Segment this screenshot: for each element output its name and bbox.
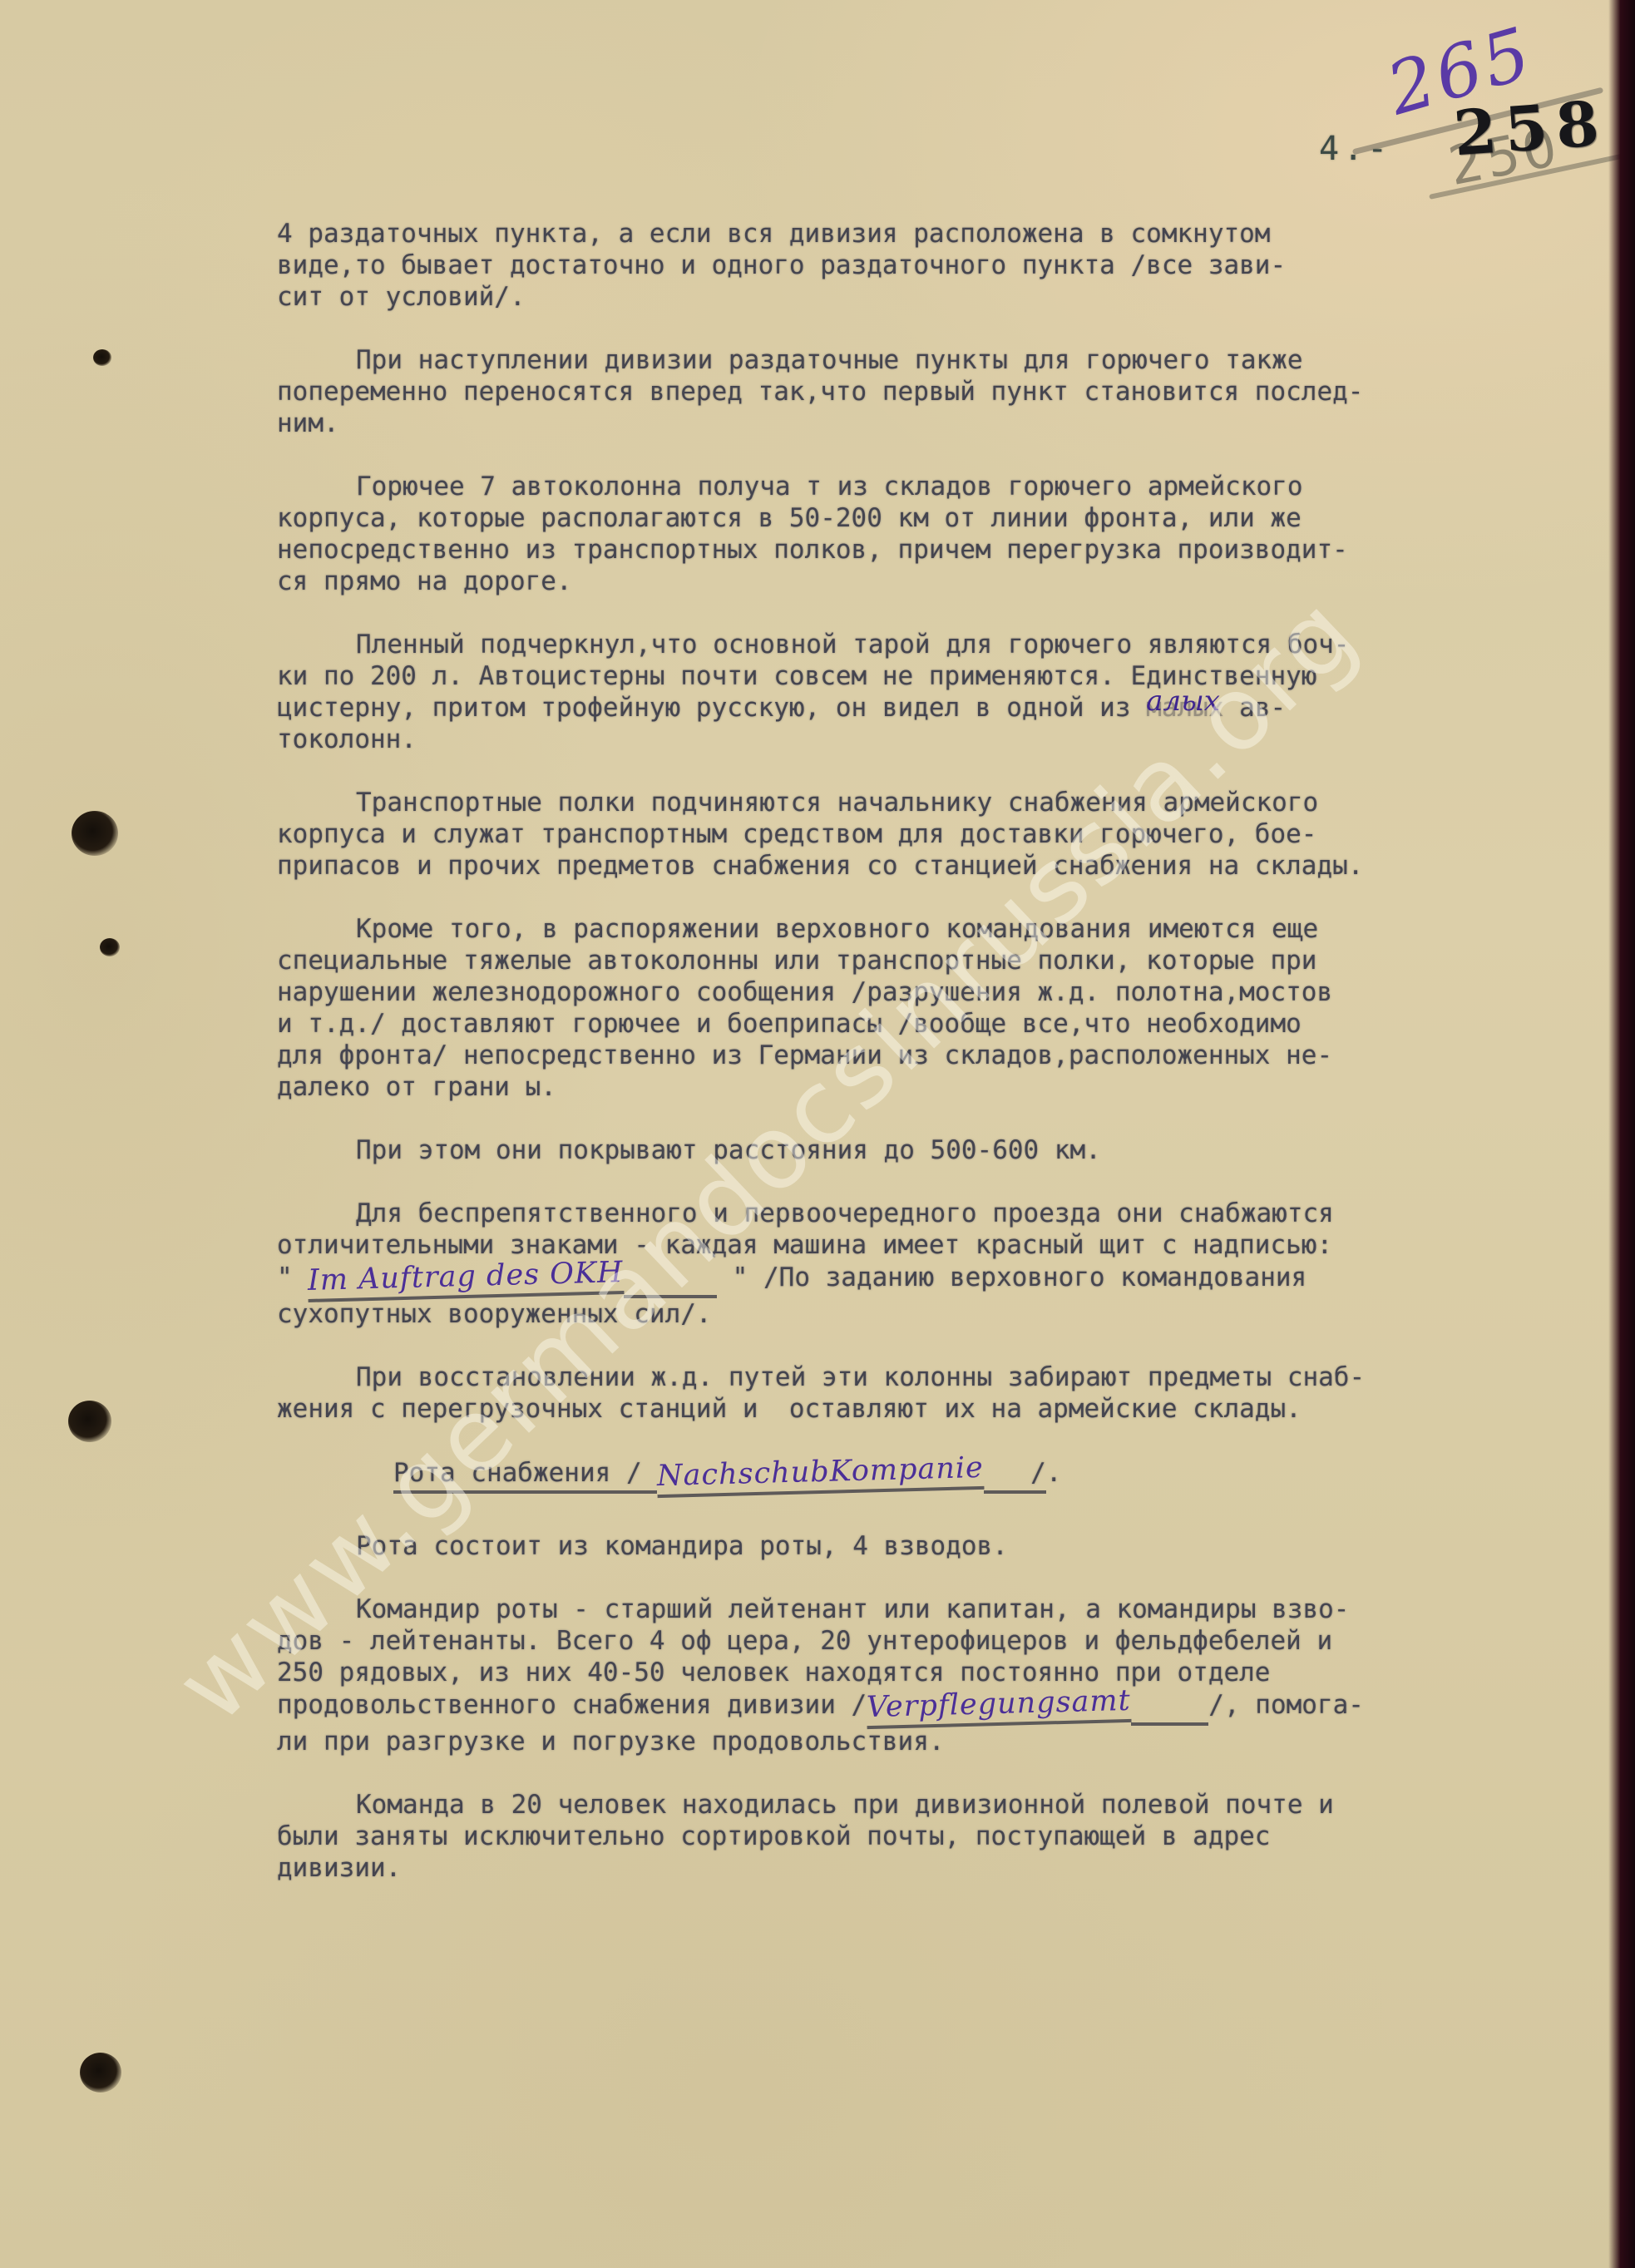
text-line: и т.д./ доставляют горючее и боеприпасы … (277, 1008, 1616, 1040)
typed-text: ся прямо на дороге. (277, 566, 572, 596)
paragraph-6: Кроме того, в распоряжении верховного ко… (277, 913, 1616, 1103)
text-line: далеко от грани ы. (277, 1071, 1616, 1103)
typed-text: попеременно переносятся вперед так,что п… (277, 377, 1363, 407)
text-line: При восстановлении ж.д. путей эти колонн… (277, 1361, 1616, 1393)
punch-hole (72, 811, 118, 856)
stamped-page-number: 258 (1451, 88, 1609, 170)
paragraph-1: 4 раздаточных пункта, а если вся дивизия… (277, 218, 1616, 313)
document-text: 4 раздаточных пункта, а если вся дивизия… (277, 218, 1616, 1915)
typed-text: специальные тяжелые автоколонны или тран… (277, 946, 1316, 976)
typed-text: Кроме того, в распоряжении верховного ко… (356, 914, 1318, 944)
text-line: виде,то бывает достаточно и одного разда… (277, 250, 1616, 281)
overwritten-word: малыхалых (1146, 692, 1223, 724)
paragraph-2: При наступлении дивизии раздаточные пунк… (277, 344, 1616, 439)
typed-text: корпуса и служат транспортным средством … (277, 819, 1316, 849)
punch-hole (68, 1401, 111, 1442)
typed-text: цистерну, притом трофейную русскую, он в… (277, 693, 1146, 723)
typed-text: . (1046, 1458, 1062, 1488)
typed-text: Рота снабжения / (393, 1458, 657, 1494)
paragraph-3: Горючее 7 автоколонна получа т из складо… (277, 471, 1616, 597)
text-line: цистерну, притом трофейную русскую, он в… (277, 692, 1616, 724)
text-line: 4 раздаточных пункта, а если вся дивизия… (277, 218, 1616, 250)
text-line: Рота снабжения / NachschubKompanie /. (393, 1456, 1616, 1494)
text-line: токолонн. (277, 724, 1616, 755)
paragraph-5: Транспортные полки подчиняются начальник… (277, 787, 1616, 882)
text-line: ки по 200 л. Автоцистерны почти совсем н… (277, 660, 1616, 692)
paragraph-10: Рота состоит из командира роты, 4 взводо… (277, 1530, 1616, 1562)
margin-ink-dot (93, 349, 111, 366)
handwritten-correction: алых (1146, 685, 1220, 717)
typed-text: жения с перегрузочных станций и оставляю… (277, 1394, 1302, 1424)
typed-text: корпуса, которые располагаются в 50-200 … (277, 503, 1302, 533)
paragraph-9: При восстановлении ж.д. путей эти колонн… (277, 1361, 1616, 1425)
typed-text: Пленный подчеркнул,что основной тарой дл… (356, 630, 1349, 660)
typed-text: ним. (277, 408, 339, 438)
punch-hole (80, 2053, 121, 2093)
text-line: Кроме того, в распоряжении верховного ко… (277, 913, 1616, 945)
typed-text: сухопутных вооруженных сил/. (277, 1299, 712, 1329)
paragraph-4: Пленный подчеркнул,что основной тарой дл… (277, 629, 1616, 755)
typed-text: ли при разгрузке и погрузке продовольств… (277, 1727, 945, 1757)
text-line: корпуса и служат транспортным средством … (277, 818, 1616, 850)
text-line: непосредственно из транспортных полков, … (277, 534, 1616, 566)
text-line: дов - лейтенанты. Всего 4 оф цера, 20 ун… (277, 1625, 1616, 1657)
typed-text: дивизии. (277, 1853, 401, 1883)
text-line: жения с перегрузочных станций и оставляю… (277, 1393, 1616, 1425)
text-line: Рота состоит из командира роты, 4 взводо… (277, 1530, 1616, 1562)
handwritten-annotation: Verpflegungsamt (867, 1685, 1132, 1729)
text-line: ли при разгрузке и погрузке продовольств… (277, 1726, 1616, 1757)
text-line: Горючее 7 автоколонна получа т из складо… (277, 471, 1616, 502)
typed-text: продовольственного снабжения дивизии / (277, 1690, 867, 1720)
text-line: были заняты исключительно сортировкой по… (277, 1821, 1616, 1852)
typed-text: дов - лейтенанты. Всего 4 оф цера, 20 ун… (277, 1626, 1332, 1656)
typed-text: Транспортные полки подчиняются начальник… (356, 788, 1318, 818)
paragraph-8: Для беспрепятственного и первоочередного… (277, 1198, 1616, 1330)
typed-text: виде,то бывает достаточно и одного разда… (277, 250, 1286, 280)
text-line: продовольственного снабжения дивизии /Ve… (277, 1688, 1616, 1726)
text-line: " Im Auftrag des OKH " /По заданию верхо… (277, 1261, 1616, 1298)
typed-text: При восстановлении ж.д. путей эти колонн… (356, 1362, 1365, 1392)
typed-text: отличительными знаками - каждая машина и… (277, 1230, 1332, 1260)
text-line: Транспортные полки подчиняются начальник… (277, 787, 1616, 818)
typed-text: При наступлении дивизии раздаточные пунк… (356, 345, 1302, 375)
paragraph-11: Командир роты - старший лейтенант или ка… (277, 1594, 1616, 1757)
typed-text: При этом они покрывают расстояния до 500… (356, 1135, 1101, 1165)
typed-text: Команда в 20 человек находилась при диви… (356, 1790, 1334, 1820)
text-line: корпуса, которые располагаются в 50-200 … (277, 502, 1616, 534)
text-line: попеременно переносятся вперед так,что п… (277, 376, 1616, 408)
typed-text: нарушении железнодорожного сообщения /ра… (277, 977, 1332, 1007)
text-line: для фронта/ непосредственно из Германии … (277, 1040, 1616, 1071)
text-line: Командир роты - старший лейтенант или ка… (277, 1594, 1616, 1625)
text-line: Для беспрепятственного и первоочередного… (277, 1198, 1616, 1229)
text-line: специальные тяжелые автоколонны или тран… (277, 945, 1616, 976)
typed-text (624, 1262, 717, 1298)
section-heading: Рота снабжения / NachschubKompanie /. (393, 1456, 1616, 1494)
typed-text: припасов и прочих предметов снабжения со… (277, 851, 1363, 881)
scanned-document-page: { "header": { "handwritten_number": "265… (0, 0, 1635, 2268)
typed-text: далеко от грани ы. (277, 1072, 556, 1102)
text-line: припасов и прочих предметов снабжения со… (277, 850, 1616, 882)
text-line: ся прямо на дороге. (277, 566, 1616, 597)
typed-text: 4 раздаточных пункта, а если вся дивизия… (277, 219, 1270, 249)
typed-text (1131, 1690, 1208, 1726)
typed-text: / (984, 1458, 1046, 1494)
typed-text: токолонн. (277, 724, 417, 754)
typed-text: " /По заданию верховного командования (717, 1262, 1307, 1292)
photo-dark-edge (1608, 0, 1635, 2268)
text-line: При этом они покрывают расстояния до 500… (277, 1134, 1616, 1166)
typed-text: Для беспрепятственного и первоочередного… (356, 1198, 1334, 1228)
text-line: При наступлении дивизии раздаточные пунк… (277, 344, 1616, 376)
text-line: ним. (277, 408, 1616, 439)
typed-text: сит от условий/. (277, 282, 526, 312)
typed-text: " (277, 1262, 308, 1292)
typed-text: ав- (1224, 693, 1287, 723)
handwritten-annotation: Im Auftrag des OKH (308, 1257, 625, 1302)
text-line: Пленный подчеркнул,что основной тарой дл… (277, 629, 1616, 660)
typed-text: и т.д./ доставляют горючее и боеприпасы … (277, 1009, 1302, 1039)
text-line: отличительными знаками - каждая машина и… (277, 1229, 1616, 1261)
typed-text: для фронта/ непосредственно из Германии … (277, 1040, 1332, 1070)
text-line: сухопутных вооруженных сил/. (277, 1298, 1616, 1330)
margin-ink-dot (100, 938, 120, 956)
paragraph-12: Команда в 20 человек находилась при диви… (277, 1789, 1616, 1884)
paragraph-7: При этом они покрывают расстояния до 500… (277, 1134, 1616, 1166)
text-line: 250 рядовых, из них 40-50 человек находя… (277, 1657, 1616, 1688)
typed-text: /, помога- (1208, 1690, 1364, 1720)
text-line: дивизии. (277, 1852, 1616, 1884)
typed-text: Горючее 7 автоколонна получа т из складо… (356, 472, 1302, 502)
text-line: сит от условий/. (277, 281, 1616, 313)
typed-text: Рота состоит из командира роты, 4 взводо… (356, 1531, 1008, 1561)
typed-text: были заняты исключительно сортировкой по… (277, 1821, 1270, 1851)
typed-page-number: 4.- (1319, 130, 1391, 168)
typed-text: 250 рядовых, из них 40-50 человек находя… (277, 1658, 1270, 1687)
handwritten-annotation: NachschubKompanie (657, 1452, 985, 1498)
text-line: Команда в 20 человек находилась при диви… (277, 1789, 1616, 1821)
typed-text: Командир роты - старший лейтенант или ка… (356, 1594, 1349, 1624)
typed-text: непосредственно из транспортных полков, … (277, 535, 1348, 565)
text-line: нарушении железнодорожного сообщения /ра… (277, 976, 1616, 1008)
